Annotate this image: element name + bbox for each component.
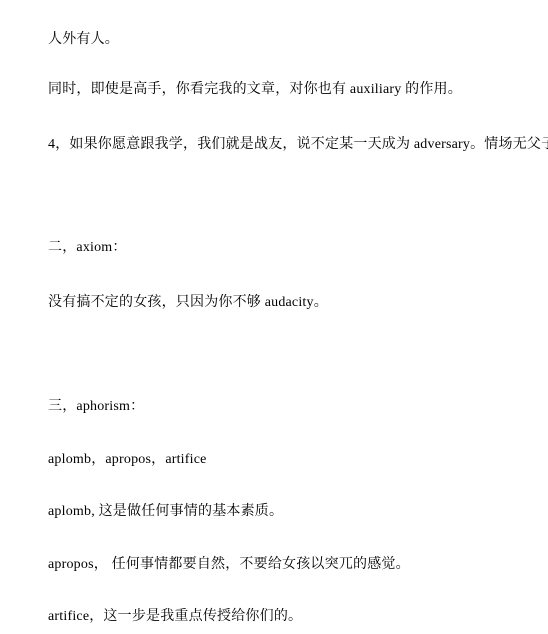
- paragraph: aplomb, 这是做任何事情的基本素质。: [48, 504, 283, 519]
- document-page: 人外有人。 同时，即使是高手，你看完我的文章，对你也有 auxiliary 的作…: [0, 0, 548, 634]
- section-heading: 三，aphorism：: [48, 399, 144, 414]
- section-heading: 二，axiom：: [48, 240, 127, 255]
- paragraph: 人外有人。: [48, 32, 119, 47]
- paragraph: 没有搞不定的女孩，只因为你不够 audacity。: [48, 295, 328, 310]
- paragraph: apropos， 任何事情都要自然，不要给女孩以突兀的感觉。: [48, 557, 410, 572]
- paragraph: 4，如果你愿意跟我学，我们就是战友，说不定某一天成为 adversary。情场无…: [48, 137, 548, 152]
- paragraph: artifice，这一步是我重点传授给你们的。: [48, 609, 302, 624]
- paragraph: aplomb，apropos，artifice: [48, 452, 207, 467]
- paragraph: 同时，即使是高手，你看完我的文章，对你也有 auxiliary 的作用。: [48, 82, 462, 97]
